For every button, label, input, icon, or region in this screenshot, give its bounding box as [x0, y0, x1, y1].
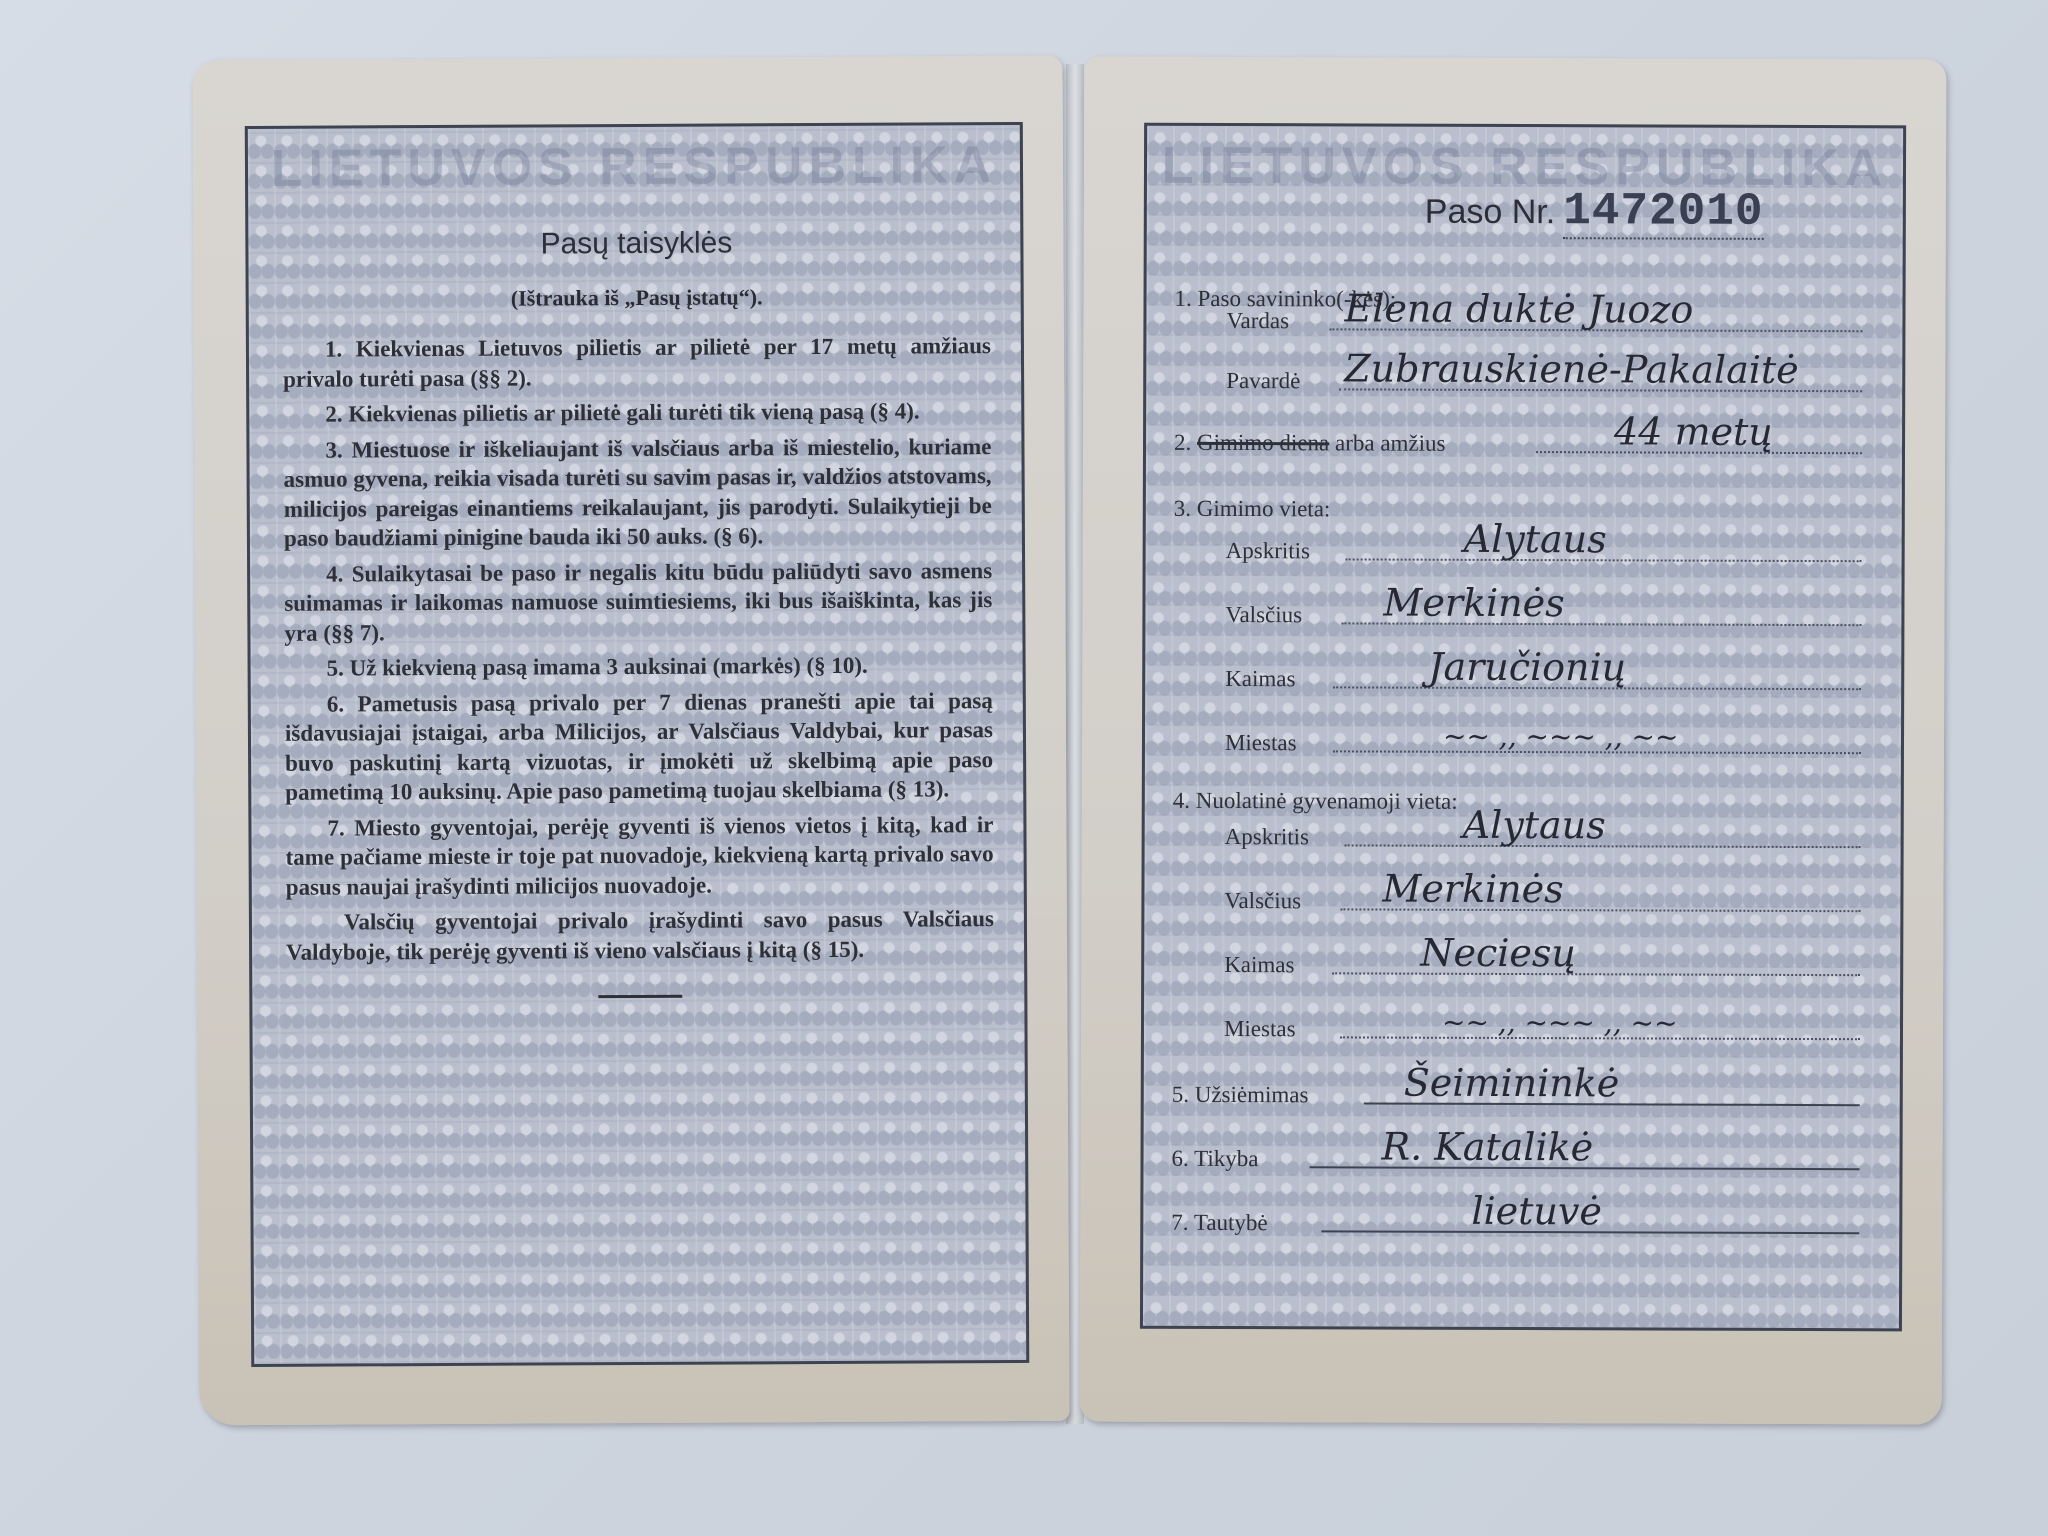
- rules-title: Pasų taisyklės: [282, 225, 990, 263]
- left-watermark: LIETUVOS RESPUBLIKA: [248, 135, 1020, 199]
- birthplace-section-label: 3. Gimimo vieta:: [1174, 496, 1331, 523]
- right-page: LIETUVOS RESPUBLIKA Paso Nr.1472010 1. P…: [1080, 56, 1947, 1424]
- religion-value: R. Katalikė: [1382, 1125, 1594, 1170]
- residence-section-label: 4. Nuolatinė gyvenamoji vieta:: [1173, 788, 1458, 815]
- birth-valscius-label: Valsčius: [1225, 602, 1302, 628]
- rules-panel: LIETUVOS RESPUBLIKA Pasų taisyklės (Ištr…: [245, 122, 1029, 1367]
- res-kaimas-label: Kaimas: [1224, 952, 1294, 978]
- passport-number: Paso Nr.1472010: [1425, 185, 1764, 238]
- rules-closing: Valsčių gyventojai privalo įrašydinti sa…: [286, 904, 994, 967]
- occupation-value: Šeimininkė: [1404, 1061, 1620, 1106]
- res-apskritis-label: Apskritis: [1225, 824, 1309, 850]
- field-birth-miestas: Miestas ~~ ,, ~~~ ,, ~~: [1173, 718, 1861, 760]
- rule-1: 1. Kiekvienas Lietuvos pilietis ar pilie…: [283, 331, 991, 394]
- left-page: LIETUVOS RESPUBLIKA Pasų taisyklės (Ištr…: [192, 56, 1069, 1426]
- end-divider: [598, 995, 682, 998]
- field-res-valscius: Valsčius Merkinės: [1172, 876, 1860, 918]
- vardas-label: Vardas: [1226, 308, 1289, 334]
- pavarde-label: Pavardė: [1226, 368, 1300, 394]
- field-res-apskritis: Apskritis Alytaus: [1173, 812, 1861, 854]
- birth-miestas-value: ~~ ,, ~~~ ,, ~~: [1443, 720, 1679, 754]
- field-res-miestas: Miestas ~~ ,, ~~~ ,, ~~: [1172, 1004, 1860, 1046]
- birth-kaimas-label: Kaimas: [1225, 666, 1295, 692]
- field-birth-kaimas: Kaimas Jaručionių: [1173, 654, 1861, 696]
- res-kaimas-line: [1332, 972, 1860, 976]
- birth-kaimas-value: Jaručionių: [1428, 645, 1626, 690]
- age-label: 2. Gimimo diena arba amžius: [1174, 430, 1446, 457]
- rule-7: 7. Miesto gyventojai, perėję gyventi iš …: [285, 810, 993, 902]
- birth-apskritis-value: Alytaus: [1464, 517, 1607, 561]
- passport-rules: Pasų taisyklės (Ištrauka iš „Pasų įstatų…: [282, 225, 994, 1000]
- rule-3: 3. Miestuose ir iškeliaujant iš valsčiau…: [283, 432, 992, 554]
- rule-6: 6. Pametusis pasą privalo per 7 dienas p…: [285, 686, 994, 808]
- vardas-value: Elena duktė Juozo: [1344, 286, 1693, 331]
- field-birth-apskritis: Apskritis Alytaus: [1174, 526, 1862, 568]
- religion-label: 6. Tikyba: [1171, 1146, 1258, 1172]
- birthdate-struck-label: Gimimo diena: [1197, 430, 1329, 455]
- nationality-value: lietuvė: [1471, 1189, 1602, 1233]
- field-res-kaimas: Kaimas Neciesų: [1172, 940, 1860, 982]
- field-nationality: 7. Tautybė lietuvė: [1171, 1198, 1859, 1240]
- occupation-label: 5. Užsiėmimas: [1172, 1082, 1309, 1108]
- res-miestas-label: Miestas: [1224, 1016, 1296, 1042]
- birth-apskritis-label: Apskritis: [1226, 538, 1310, 564]
- passport-form: Paso Nr.1472010 1. Paso savininko(-kės):…: [1175, 126, 1877, 128]
- field-pavarde: Pavardė Zubrauskienė-Pakalaitė: [1174, 356, 1862, 398]
- field-occupation: 5. Užsiėmimas Šeimininkė: [1172, 1070, 1860, 1112]
- field-birth-valscius: Valsčius Merkinės: [1173, 590, 1861, 632]
- nationality-label: 7. Tautybė: [1171, 1210, 1267, 1236]
- res-apskritis-value: Alytaus: [1463, 803, 1606, 847]
- rule-4: 4. Sulaikytasai be paso ir negalis kitu …: [284, 556, 992, 648]
- field-vardas: Vardas Elena duktė Juozo: [1174, 296, 1862, 338]
- passport-number-value: 1472010: [1563, 185, 1763, 240]
- rules-subtitle: (Ištrauka iš „Pasų įstatų“).: [283, 283, 991, 313]
- field-religion: 6. Tikyba R. Katalikė: [1171, 1134, 1859, 1176]
- age-label-rest: arba amžius: [1335, 430, 1446, 455]
- res-miestas-value: ~~ ,, ~~~ ,, ~~: [1442, 1006, 1678, 1040]
- age-value: 44 metų: [1614, 409, 1773, 454]
- rule-2: 2. Kiekvienas pilietis ar pilietė gali t…: [283, 396, 991, 429]
- passport-number-label: Paso Nr.: [1425, 193, 1556, 231]
- passport-data-panel: LIETUVOS RESPUBLIKA Paso Nr.1472010 1. P…: [1140, 123, 1906, 1332]
- birth-miestas-label: Miestas: [1225, 730, 1297, 756]
- res-kaimas-value: Neciesų: [1420, 931, 1576, 976]
- rule-5: 5. Už kiekvieną pasą imama 3 auksinai (m…: [285, 650, 993, 683]
- field-age: 2. Gimimo diena arba amžius 44 metų: [1174, 418, 1862, 460]
- res-valscius-value: Merkinės: [1382, 867, 1563, 912]
- res-valscius-label: Valsčius: [1224, 888, 1301, 914]
- pavarde-value: Zubrauskienė-Pakalaitė: [1344, 346, 1799, 392]
- birth-valscius-value: Merkinės: [1383, 581, 1564, 626]
